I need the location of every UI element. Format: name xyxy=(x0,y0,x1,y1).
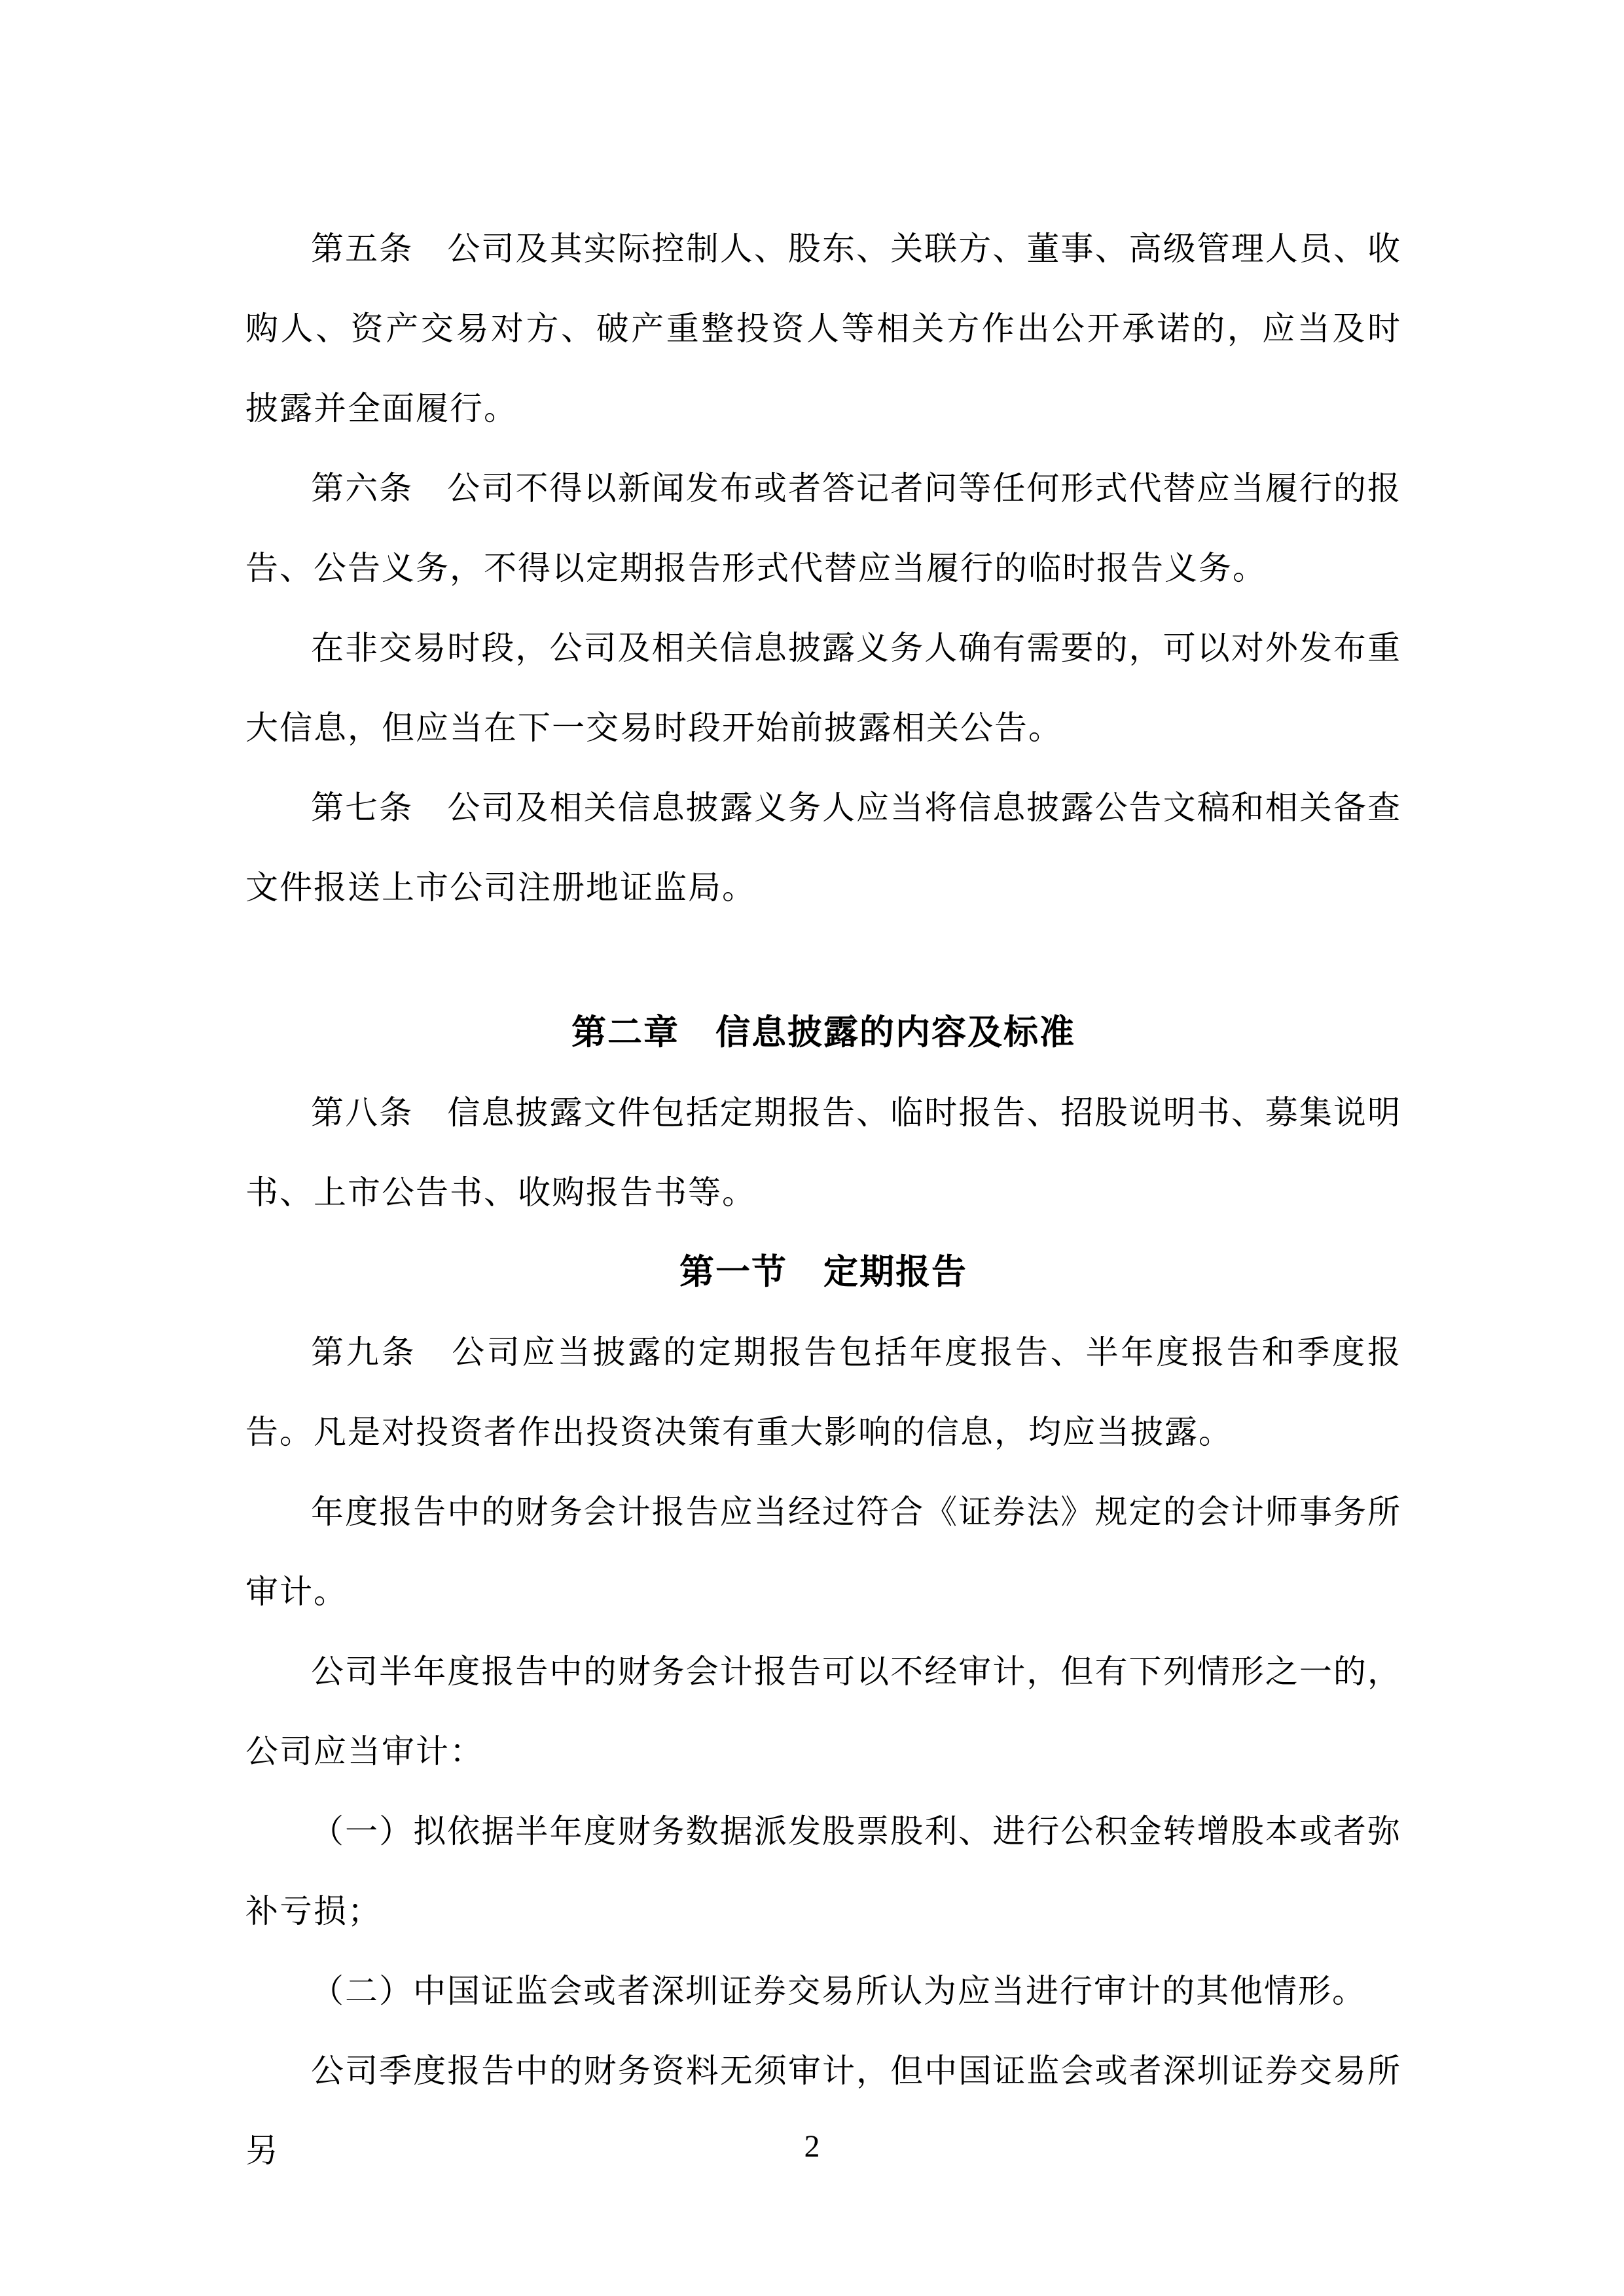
document-body: 第五条 公司及其实际控制人、股东、关联方、董事、高级管理人员、收购人、资产交易对… xyxy=(245,209,1401,2191)
paragraph-item-2: （二）中国证监会或者深圳证券交易所认为应当进行审计的其他情形。 xyxy=(245,1951,1401,2031)
section-1-heading: 第一节 定期报告 xyxy=(245,1232,1401,1312)
paragraph-article-6: 第六条 公司不得以新闻发布或者答记者问等任何形式代替应当履行的报告、公告义务，不… xyxy=(245,448,1401,608)
document-page: 第五条 公司及其实际控制人、股东、关联方、董事、高级管理人员、收购人、资产交易对… xyxy=(0,0,1624,2296)
paragraph-annual-report-audit: 年度报告中的财务会计报告应当经过符合《证券法》规定的会计师事务所审计。 xyxy=(245,1472,1401,1632)
paragraph-article-5: 第五条 公司及其实际控制人、股东、关联方、董事、高级管理人员、收购人、资产交易对… xyxy=(245,209,1401,448)
paragraph-quarterly-report-audit: 公司季度报告中的财务资料无须审计，但中国证监会或者深圳证券交易所另 xyxy=(245,2031,1401,2191)
page-number: 2 xyxy=(0,2127,1624,2166)
paragraph-article-6-continuation: 在非交易时段，公司及相关信息披露义务人确有需要的，可以对外发布重大信息，但应当在… xyxy=(245,608,1401,768)
paragraph-item-1: （一）拟依据半年度财务数据派发股票股利、进行公积金转增股本或者弥补亏损； xyxy=(245,1791,1401,1951)
paragraph-article-9: 第九条 公司应当披露的定期报告包括年度报告、半年度报告和季度报告。凡是对投资者作… xyxy=(245,1312,1401,1472)
paragraph-article-7: 第七条 公司及相关信息披露义务人应当将信息披露公告文稿和相关备查文件报送上市公司… xyxy=(245,768,1401,927)
paragraph-semiannual-report-audit: 公司半年度报告中的财务会计报告可以不经审计，但有下列情形之一的，公司应当审计： xyxy=(245,1632,1401,1791)
chapter-2-heading: 第二章 信息披露的内容及标准 xyxy=(245,993,1401,1073)
paragraph-article-8: 第八条 信息披露文件包括定期报告、临时报告、招股说明书、募集说明书、上市公告书、… xyxy=(245,1073,1401,1232)
